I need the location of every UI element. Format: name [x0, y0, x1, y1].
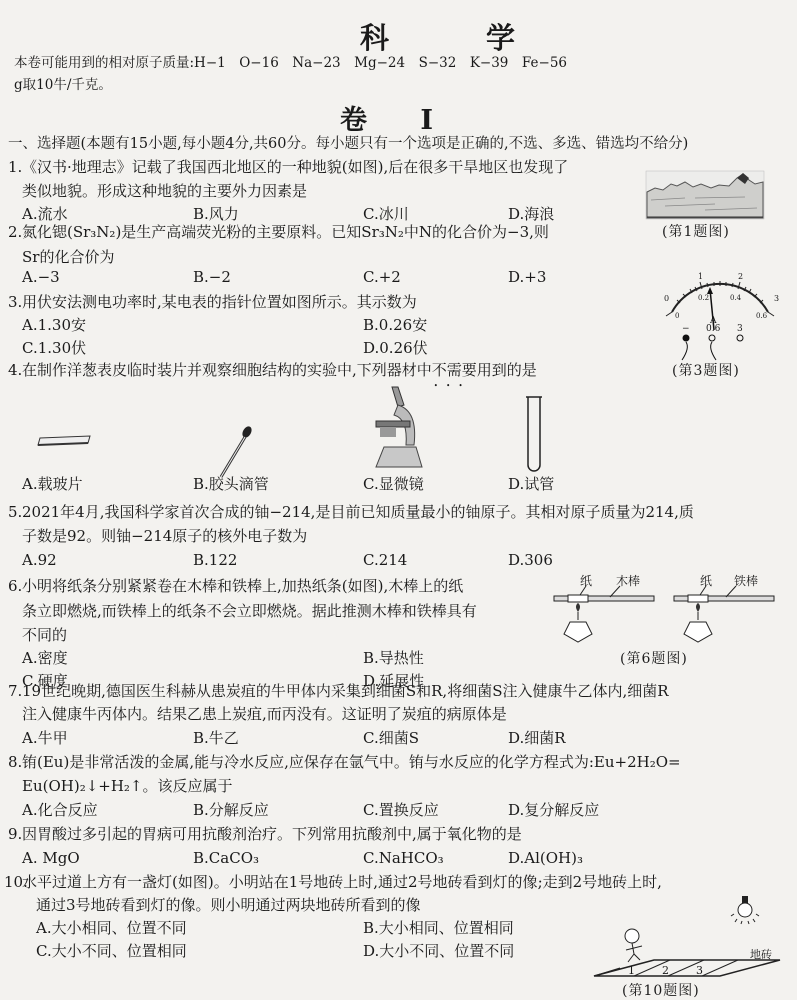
landform-figure	[645, 170, 765, 220]
question-number: 8.	[8, 752, 22, 772]
cutoff-header-fragment	[170, 0, 370, 4]
question-number: 9.	[8, 824, 22, 844]
option-c: C.置换反应	[363, 800, 439, 820]
question-text: 注入健康牛丙体内。结果乙患上炭疽,而丙没有。这证明了炭疽的病原体是	[22, 704, 507, 724]
option-d: D.Al(OH)₃	[508, 848, 583, 868]
option-b: B.分解反应	[193, 800, 269, 820]
question-text: 19世纪晚期,德国医生科赫从患炭疽的牛甲体内采集到细菌S和R,将细菌S注入健康牛…	[22, 681, 669, 701]
question-number: 1.	[8, 157, 22, 177]
atomic-masses-note: 本卷可能用到的相对原子质量:H−1 O−16 Na−23 Mg−24 S−32 …	[14, 53, 567, 73]
upper-scale-3: 3	[774, 294, 779, 303]
question-text: 通过3号地砖看到灯的像。则小明通过两块地砖所看到的像	[36, 895, 421, 915]
terminal-0-6: 0.6	[706, 324, 720, 334]
question-number: 4.	[8, 360, 22, 380]
tile-1-label: 1	[628, 964, 635, 977]
lower-scale-0: 0	[675, 312, 679, 320]
exam-page: 科 学 本卷可能用到的相对原子质量:H−1 O−16 Na−23 Mg−24 S…	[0, 0, 797, 1000]
question-text: 不同的	[22, 625, 67, 645]
question-text-pre: 在制作洋葱表皮临时装片并观察细胞结构的实验中,下列器材中	[22, 361, 432, 379]
section-title: 卷 Ⅰ	[340, 98, 455, 137]
lower-scale-02: 0.2	[698, 294, 709, 302]
option-b: B.胶头滴管	[193, 474, 269, 494]
option-c: C.显微镜	[363, 474, 424, 494]
question-text: 在制作洋葱表皮临时装片并观察细胞结构的实验中,下列器材中不需要用到的是	[22, 360, 537, 380]
option-d: D.试管	[508, 474, 554, 494]
option-c: C.冰川	[363, 204, 409, 224]
floor-tiles-figure: 1 2 3 地砖	[590, 888, 790, 978]
option-d: D.+3	[508, 267, 546, 287]
label-iron-rod: 铁棒	[734, 572, 758, 589]
option-a: A.1.30安	[22, 315, 86, 335]
emphasized-text: 不需要	[432, 361, 477, 379]
question-number: 6.	[8, 576, 22, 596]
question-text: 用伏安法测电功率时,某电表的指针位置如图所示。其示数为	[22, 292, 417, 312]
option-d: D.复分解反应	[508, 800, 599, 820]
question-number: 3.	[8, 292, 22, 312]
heating-rods-figure: 纸 木棒 纸 铁棒	[550, 572, 790, 647]
ammeter-dial-icon	[650, 272, 790, 362]
question-number: 7.	[8, 681, 22, 701]
option-c: C.214	[363, 550, 407, 570]
terminal-negative: −	[682, 324, 690, 334]
tile-2-label: 2	[662, 964, 669, 977]
option-a: A.化合反应	[22, 800, 98, 820]
option-b: B.122	[193, 550, 237, 570]
label-paper: 纸	[700, 572, 712, 589]
lamp-tiles-icon	[590, 888, 790, 978]
option-c: C.大小不同、位置相同	[36, 941, 187, 961]
upper-scale-2: 2	[738, 272, 743, 281]
question-number: 5.	[8, 502, 22, 522]
ammeter-figure: 0 1 2 3 0 0.2 0.4 0.6 A − 0.6 3	[650, 272, 790, 362]
upper-scale-0: 0	[664, 294, 669, 303]
option-b: B.0.26安	[363, 315, 427, 335]
figure-caption: (第1题图)	[662, 221, 730, 241]
question-text: 铕(Eu)是非常活泼的金属,能与冷水反应,应保存在氩气中。铕与水反应的化学方程式…	[22, 752, 681, 772]
tile-3-label: 3	[696, 964, 703, 977]
lower-scale-06: 0.6	[756, 312, 767, 320]
question-text-post: 用到的是	[477, 361, 537, 379]
terminal-3: 3	[737, 324, 743, 334]
question-text: 子数是92。则铀−214原子的核外电子数为	[22, 526, 307, 546]
option-a: A.牛甲	[22, 728, 68, 748]
option-d: D.306	[508, 550, 553, 570]
label-wood-rod: 木棒	[616, 572, 640, 589]
option-d: D.0.26伏	[363, 338, 428, 358]
lower-scale-04: 0.4	[730, 294, 741, 302]
option-a: A.大小相同、位置不同	[36, 918, 187, 938]
figure-caption: (第10题图)	[622, 980, 700, 1000]
question-text: 条立即燃烧,而铁棒上的纸条不会立即燃烧。据此推测木棒和铁棒具有	[22, 601, 477, 621]
question-text: 《汉书·地理志》记载了我国西北地区的一种地貌(如图),后在很多干旱地区也发现了	[22, 157, 568, 177]
question-text: Sr的化合价为	[22, 247, 114, 267]
exam-title: 科 学	[360, 16, 549, 57]
option-b: B.−2	[193, 267, 231, 287]
question-text: 氮化锶(Sr₃N₂)是生产高端荧光粉的主要原料。已知Sr₃N₂中N的化合价为−3…	[22, 222, 549, 242]
option-a: A. MgO	[22, 848, 80, 868]
option-c: C.NaHCO₃	[363, 848, 444, 868]
test-tube-icon	[524, 395, 544, 475]
option-c: C.细菌S	[363, 728, 419, 748]
microscope-icon	[370, 385, 440, 475]
option-c: C.+2	[363, 267, 401, 287]
question-text: 因胃酸过多引起的胃病可用抗酸剂治疗。下列常用抗酸剂中,属于氧化物的是	[22, 824, 522, 844]
option-d: D.大小不同、位置不同	[363, 941, 514, 961]
option-d: D.海浪	[508, 204, 554, 224]
option-b: B.导热性	[363, 648, 424, 668]
question-text: 小明将纸条分别紧紧卷在木棒和铁棒上,加热纸条(如图),木棒上的纸	[22, 576, 463, 596]
option-a: A.−3	[22, 267, 60, 287]
dropper-icon	[215, 425, 255, 480]
label-paper: 纸	[580, 572, 592, 589]
glass-slide-icon	[36, 435, 92, 447]
question-text: 水平过道上方有一盏灯(如图)。小明站在1号地砖上时,通过2号地砖看到灯的像;走到…	[22, 872, 662, 892]
option-b: B.CaCO₃	[193, 848, 259, 868]
figure-caption: (第6题图)	[620, 648, 688, 668]
question-text: 类似地貌。形成这种地貌的主要外力因素是	[22, 181, 307, 201]
question-number: 2.	[8, 222, 22, 242]
option-b: B.大小相同、位置相同	[363, 918, 514, 938]
option-a: A.载玻片	[22, 474, 83, 494]
option-a: A.流水	[22, 204, 68, 224]
floor-tile-label: 地砖	[750, 946, 772, 962]
option-a: A.密度	[22, 648, 68, 668]
gravity-note: g取10牛/千克。	[14, 75, 112, 95]
option-d: D.细菌R	[508, 728, 566, 748]
question-text: Eu(OH)₂↓+H₂↑。该反应属于	[22, 776, 233, 796]
figure-caption: (第3题图)	[672, 360, 740, 380]
section-instructions: 一、选择题(本题有15小题,每小题4分,共60分。每小题只有一个选项是正确的,不…	[8, 134, 688, 154]
option-b: B.风力	[193, 204, 239, 224]
upper-scale-1: 1	[698, 272, 703, 281]
option-b: B.牛乙	[193, 728, 239, 748]
question-text: 2021年4月,我国科学家首次合成的铀−214,是目前已知质量最小的铀原子。其相…	[22, 502, 694, 522]
option-a: A.92	[22, 550, 57, 570]
option-c: C.1.30伏	[22, 338, 86, 358]
